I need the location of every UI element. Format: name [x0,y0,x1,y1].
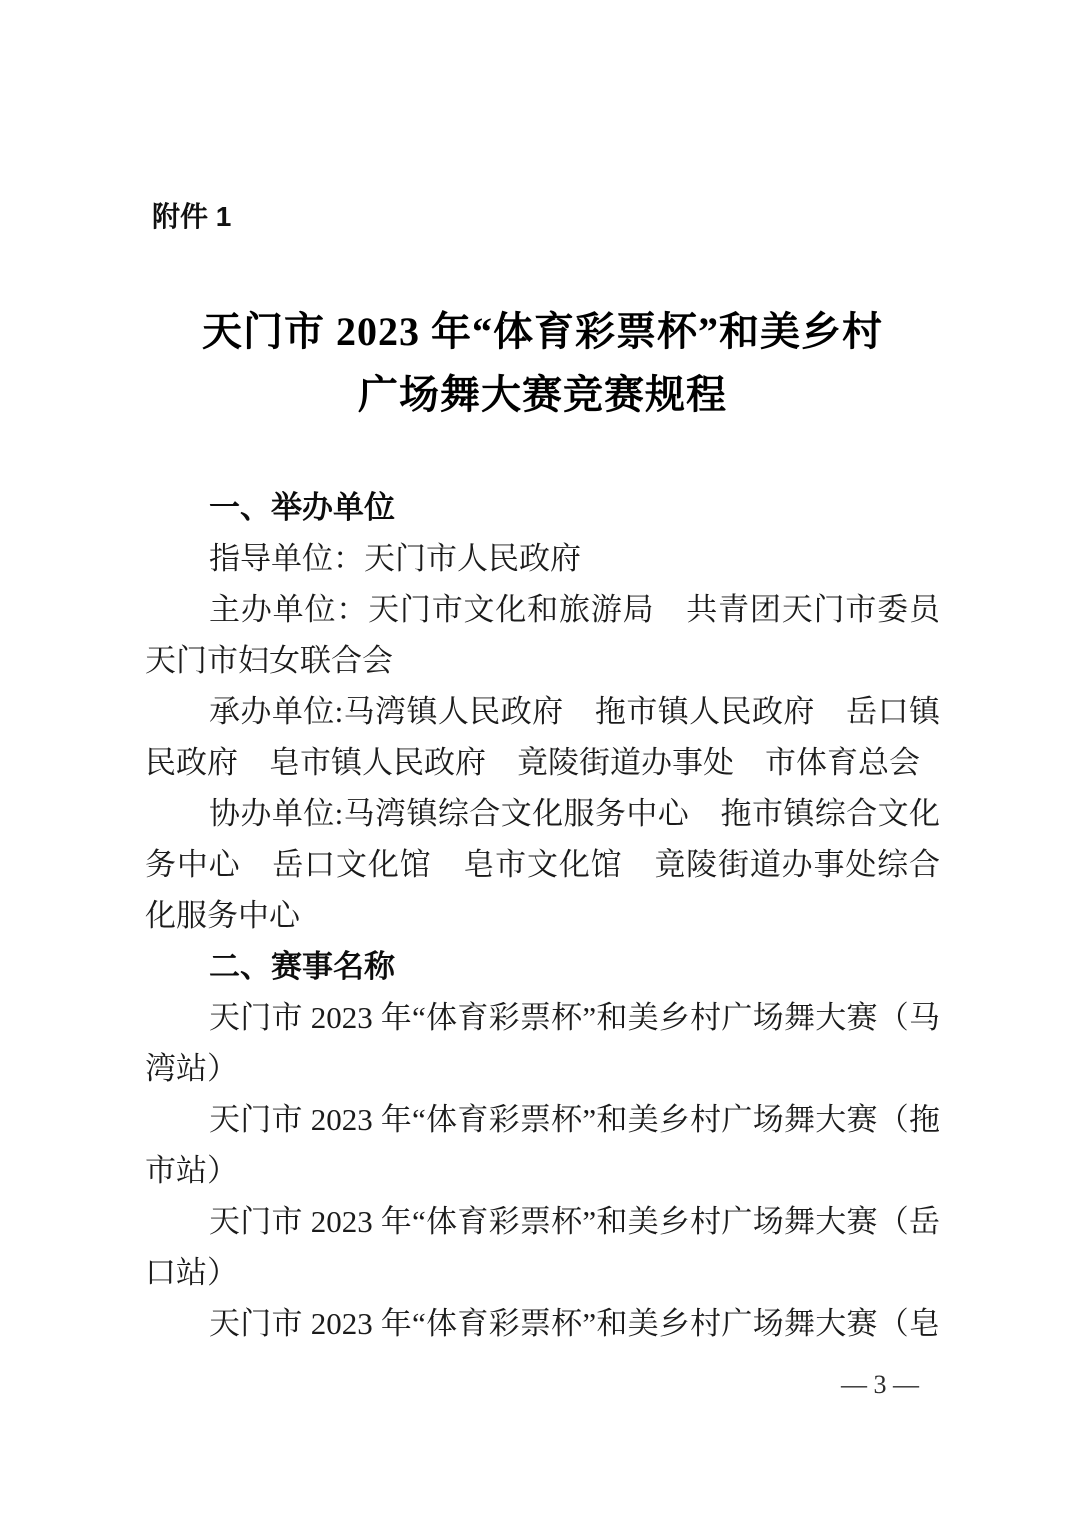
event-2-line-2: 市站） [145,1145,940,1196]
co-organizer-line-2: 务中心 岳口文化馆 皂市文化馆 竟陵街道办事处综合文 [145,839,940,890]
document-title-line1: 天门市 2023 年“体育彩票杯”和美乡村 [145,300,940,363]
organizer-line-2: 民政府 皂市镇人民政府 竟陵街道办事处 市体育总会 [145,737,940,788]
document-page: 附件 1 天门市 2023 年“体育彩票杯”和美乡村 广场舞大赛竞赛规程 一、举… [0,0,1080,1528]
host-unit-line-2: 天门市妇女联合会 [145,635,940,686]
guidance-unit-line: 指导单位：天门市人民政府 [145,533,940,584]
co-organizer-line-3: 化服务中心 [145,890,940,941]
page-number: — 3 — [820,1368,940,1402]
co-organizer-line-1: 协办单位:马湾镇综合文化服务中心 拖市镇综合文化服 [145,788,940,839]
event-3-line-1: 天门市 2023 年“体育彩票杯”和美乡村广场舞大赛（岳 [145,1196,940,1247]
document-title-line2: 广场舞大赛竞赛规程 [145,363,940,426]
document-title: 天门市 2023 年“体育彩票杯”和美乡村 广场舞大赛竞赛规程 [145,300,940,426]
organizer-line-1: 承办单位:马湾镇人民政府 拖市镇人民政府 岳口镇人 [145,686,940,737]
attachment-label: 附件 1 [152,198,231,236]
document-body: 一、举办单位 指导单位：天门市人民政府 主办单位：天门市文化和旅游局 共青团天门… [145,482,940,1349]
event-1-line-1: 天门市 2023 年“体育彩票杯”和美乡村广场舞大赛（马 [145,992,940,1043]
event-2-line-1: 天门市 2023 年“体育彩票杯”和美乡村广场舞大赛（拖 [145,1094,940,1145]
event-3-line-2: 口站） [145,1247,940,1298]
event-4-line-1: 天门市 2023 年“体育彩票杯”和美乡村广场舞大赛（皂 [145,1298,940,1349]
section-2-heading: 二、赛事名称 [145,941,940,992]
section-1-heading: 一、举办单位 [145,482,940,533]
event-1-line-2: 湾站） [145,1043,940,1094]
host-unit-line-1: 主办单位：天门市文化和旅游局 共青团天门市委员会 [145,584,940,635]
